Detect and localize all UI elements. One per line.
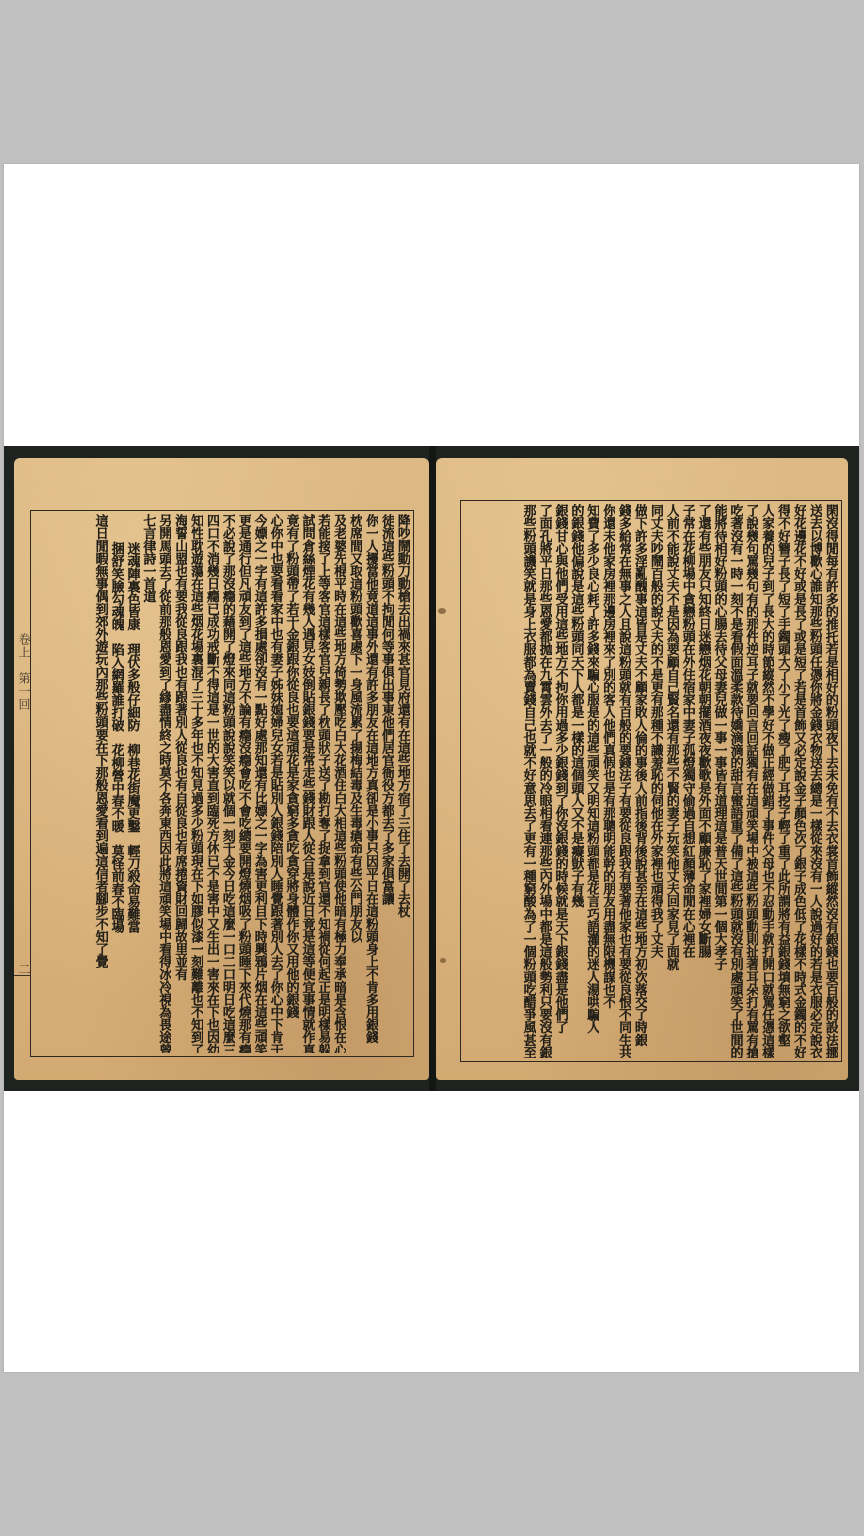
text-column: 四口不消幾日瘾已成功戒斷不得這是一世的大害直到臨死方休已不是害中又生出一害來在下… (203, 514, 219, 1053)
text-column: 若能接了上等客官這樣客官兒親長了枕頭狀子送了勘打奪了捉拿到官還不知禍從何起正是明… (315, 514, 331, 1053)
paper-stain (438, 608, 446, 614)
text-column: 好花邊花不好或是長了或是短了若是首飾又必定說金子顏色次了銀子成色低了花樣不時式金… (790, 504, 806, 1058)
text-column: 心你中也要看看家中也有妻子姊妹媳婦兒女若是貼別人銀錢陪別人睡覺跟著別人去了你心中… (267, 514, 283, 1053)
text-column: 你還未他家房裡那邊房裡來了別的客人他們真假也是有那聰明能幹的朋友用盡無限機謀也不 (599, 504, 615, 1058)
text-column: 降吵鬧動刀動槍去出禍來甚官見府還有在這些地方宿了三住了去開了去杖 (394, 514, 410, 1053)
text-column: 今嫖之一字有這許多損處卻沒有一點好處那知還有比嫖之一字為害更利目下時興鴉片烟在這… (251, 514, 267, 1053)
right-text-frame: 閑沒得閒每有許多的推托若是相好的粉頭夜下去未免有不去衣裳首飾縱然沒有銀錢也要百般… (460, 500, 842, 1062)
text-column: 的銀錢他偏說是這些粉頭同天下人都是一樣的這個頭人又不是癡獃子有幾 (568, 504, 584, 1058)
text-column: 了還有些朋友只知終日迷戀烟花朝朝擺酒夜夜歡歌是外面不顧廉恥了家裡婦女斷腸 (695, 504, 711, 1058)
book-spread-scan: 卷上 第一回 二 降吵鬧動刀動槍去出禍來甚官見府還有在這些地方宿了三住了去開了去… (4, 446, 859, 1091)
text-column: 枕席間又取這粉頭歡喜處下一身風流累了揚梅結毒及生毒瘡命有些公門朋友以 (346, 514, 362, 1053)
text-column: 海誓山盟也有要我從良跟我也有跟著別人從良也有自從良也有席捲資財回歸故里並有 (171, 514, 187, 1053)
text-column: 人前不能說丈夫不是因為要顧自己賢名還有那些不賢的妻子玩笑他丈夫回家見了面就 (663, 504, 679, 1058)
text-column: 另開馬頭去了從前那般恩愛到了緣盡情終之時莫不各奔東西因此將這頑笑場中看得冰冷視為… (156, 514, 172, 1053)
document-viewer: 卷上 第一回 二 降吵鬧動刀動槍去出禍來甚官見府還有在這些地方宿了三住了去開了去… (0, 0, 864, 1536)
left-text-frame: 降吵鬧動刀動槍去出禍來甚官見府還有在這些地方宿了三住了去開了去杖 徒流這些粉頭不… (30, 510, 414, 1057)
paper-stain (440, 958, 446, 963)
text-column: 人家養的兒子到了長大的時節縱然不學好不做正經做錯了事件父母也不忍動手就打開口就罵… (758, 504, 774, 1058)
right-page: 閑沒得閒每有許多的推托若是相好的粉頭夜下去未免有不去衣裳首飾縱然沒有銀錢也要百般… (436, 458, 848, 1080)
text-column: 竟有了粉頭帶了若干金銀跟你從良也要這頑花是家貪窮多貪吃貪穿將身體作你又用他的銀錢 (283, 514, 299, 1053)
text-column: 你一人擾當他竟道這事外還有許多朋友在這地方真卻是小事只因平日在這粉頭身上不肯多用… (362, 514, 378, 1053)
text-column: 那些粉頭譏笑就是身上衣服都為賣錢自己也就不好意思去了更有一種窮酸為了一個粉頭吃醋… (520, 504, 536, 1058)
text-column: 銀錢甘心與他們受用這些地方不拘你用過多少銀錢到了你沒銀錢的時候就是天下銀錢盡是他… (552, 504, 568, 1058)
poem-intro-column: 七言律詩一首道 (140, 514, 156, 1053)
text-column: 知性耽遊蕩在這些烟花場裏混了三十多年也不知見過多少粉頭現在下如膠似漆一刻難離也不… (187, 514, 203, 1053)
text-column: 試問倉絲煙花有幾人遇見女妓倒貼銀錢要是常走些錢財跟人從合是說近日竟是這等便宜事情… (299, 514, 315, 1053)
text-column: 能將待相好粉頭的心腸去待父母妻兒做一事一事皆有道理這是普天世間第一個大孝子 (711, 504, 727, 1058)
left-text-columns: 降吵鬧動刀動槍去出禍來甚官見府還有在這些地方宿了三住了去開了去杖 徒流這些粉頭不… (34, 514, 410, 1053)
text-column: 送去以博歡心誰知那些粉頭任憑你將金錢衣物送去總是一樣從來沒有一人說過好的若是衣服… (806, 504, 822, 1058)
text-column: 閑沒得閒每有許多的推托若是相好的粉頭夜下去未免有不去衣裳首飾縱然沒有銀錢也要百般… (822, 504, 838, 1058)
text-column: 做下許多淫亂醜事這皆是丈夫不顧家敗人倫的事後人前指後背後說甚至在這些地方初次落交… (631, 504, 647, 1058)
left-page: 卷上 第一回 二 降吵鬧動刀動槍去出禍來甚官見府還有在這些地方宿了三住了去開了去… (14, 458, 429, 1080)
page-number-rule (14, 975, 30, 976)
text-column: 得不好簪子長了短了手鐲頭大了小了光了瘦了肥了耳挖子輕了重了此所謂將有益銀錢填無窮… (774, 504, 790, 1058)
poem-line-1: 迷魂陣裏色皆康 理伏多般仔細防 柳巷花街魔更鑿 輕刀殺命易難當 (124, 514, 140, 1053)
closing-text-column: 這日閒暇無事偶到郊外遊玩內那些粉頭要在下那般恩愛看到遍這信者腳步不知了覺 (92, 514, 108, 1053)
text-column: 錢多給常在無事之人且說這粉頭就有百般的要錢法子有要從良跟我有要著他家也有要從良恨… (615, 504, 631, 1058)
text-column: 知費了多少良心耗了許多錢來騙心服是的這些頑笑又明知這粉頭都是花言巧語灌的迷人湯哄… (584, 504, 600, 1058)
text-column: 同丈夫吵鬧百般的說丈夫的不是更有那種不識羞恥的伺他在外家裡也頑得我了丈夫 (647, 504, 663, 1058)
text-column: 更是通行但凡頑友到了這些地方不論有瘾沒瘾會吃不會吃總要開燈燒烟吸了粉頭睡下來代燒… (235, 514, 251, 1053)
poem-line-2: 捆舒笑臉勾魂魄 陷入網羅誰打破 花柳營中春不暖 莫怪前春不臨場 (108, 514, 124, 1053)
book-spine (429, 446, 436, 1091)
text-column: 了說幾句罵幾句有的那件逆耳子就要回言回話獨有在這頑笑場中被這些粉頭動則扯著耳朵打… (743, 504, 759, 1058)
text-column: 了面孔將平日那些恩愛都拋在九霄雲外去了一般的冷眼相看連那些內外場中都是這般勢利只… (536, 504, 552, 1058)
text-column: 吃著沒有一時一刻不是看假面溫柔款待嬌滴滴的甜言蜜語重了備了這些粉頭就沒有別處頑笑… (727, 504, 743, 1058)
text-column: 子常在花柳場中貪戀粉頭在外住宿家中妻子孤燈獨守偷過自想紅顏薄命閒在心裡在 (679, 504, 695, 1058)
text-column: 不必說了那沒瘾的藉開了燈來同這粉頭說說笑笑以就個一刻千金今日吃這麼一口二口明日吃… (219, 514, 235, 1053)
text-column: 及老婆先棍平時在這些地方倚勢欺壓吃白大花酒住白大相這些粉頭使他暗有極力奉承暗是含… (330, 514, 346, 1053)
text-column: 徒流這些粉頭不拘閒何等事俱出事東他們居官衙役方都去了多家俱富讓 (378, 514, 394, 1053)
right-text-columns: 閑沒得閒每有許多的推托若是相好的粉頭夜下去未免有不去衣裳首飾縱然沒有銀錢也要百般… (464, 504, 838, 1058)
